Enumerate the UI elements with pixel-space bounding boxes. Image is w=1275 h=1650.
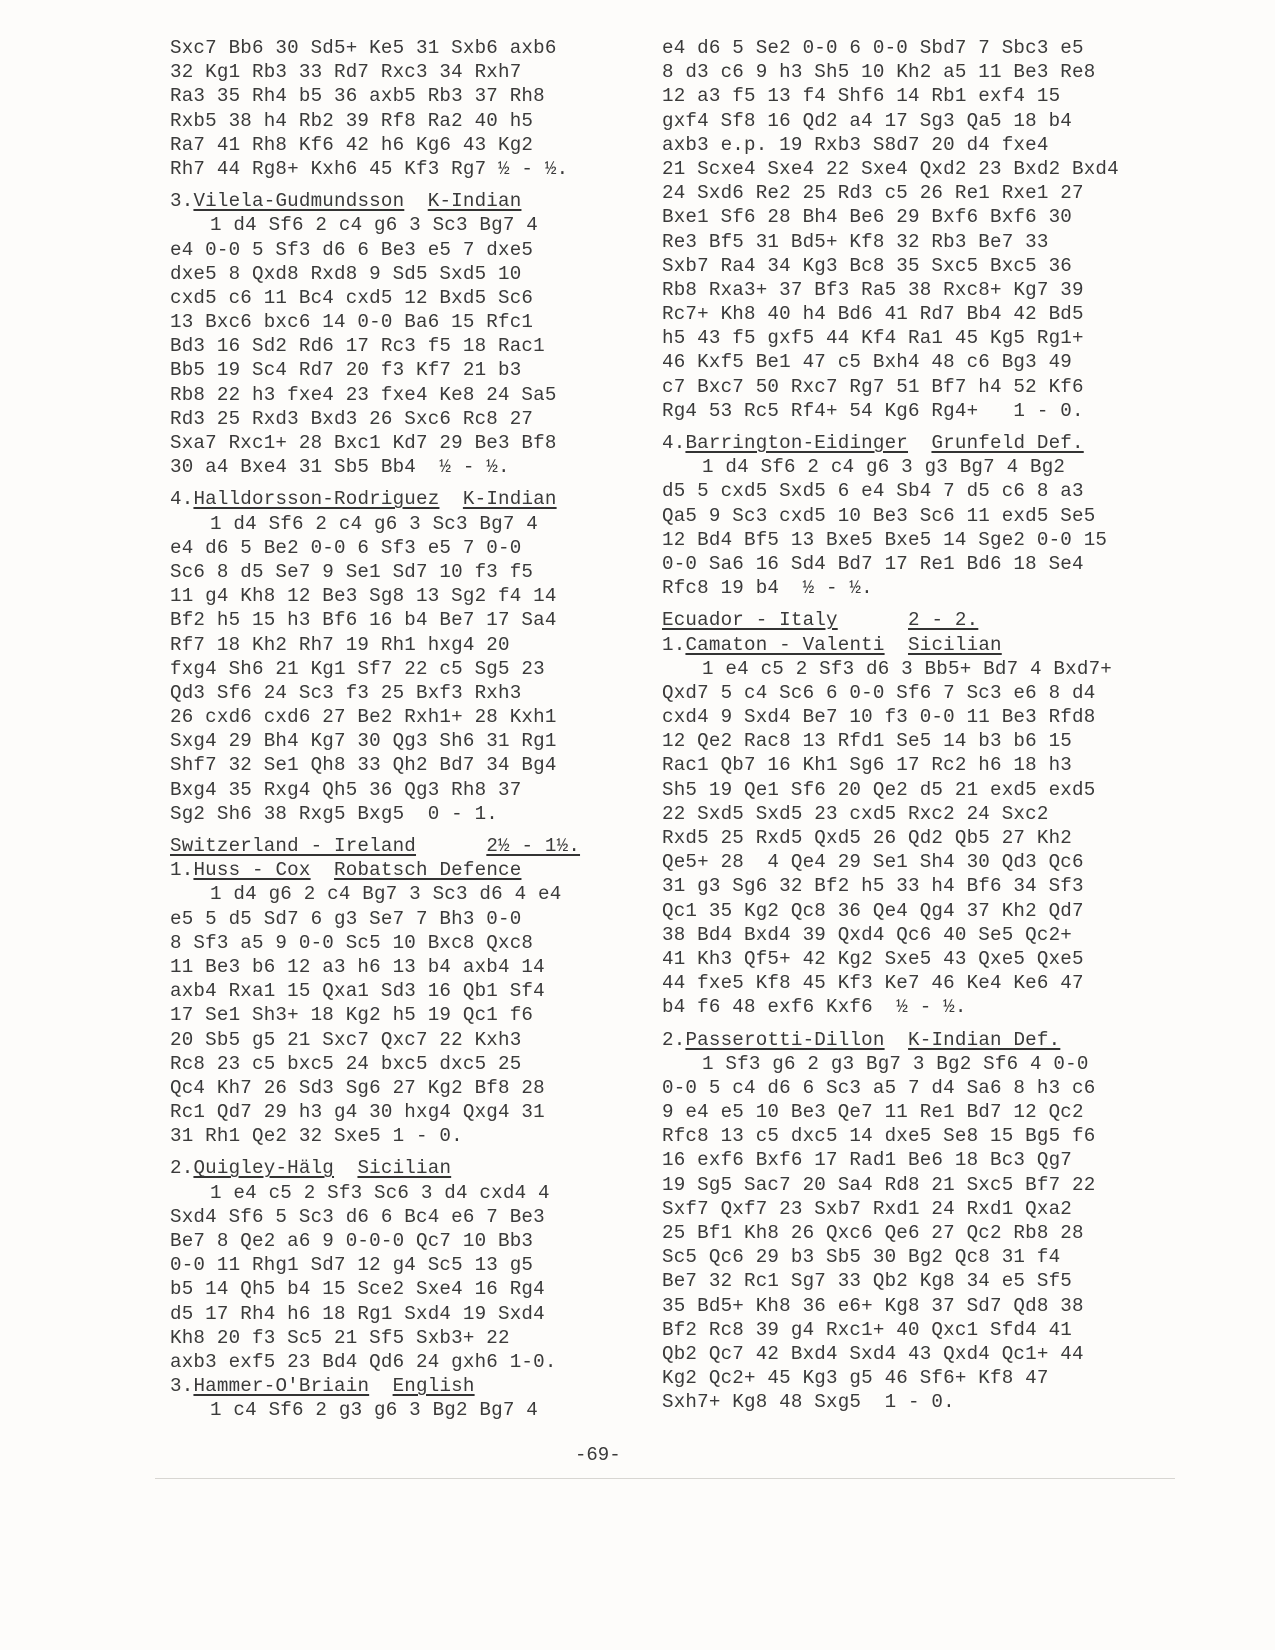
game-number: 4. xyxy=(662,432,685,454)
game-heading: 3.Hammer-O'Briain English xyxy=(170,1374,580,1398)
game-block: 4.Halldorsson-Rodriguez K-Indian1 d4 Sf6… xyxy=(170,487,580,826)
move-line: Rfc8 19 b4 ½ - ½. xyxy=(662,576,1119,600)
match-heading: Ecuador - Italy 2 - 2. xyxy=(662,608,1119,632)
move-line: Rxd5 25 Rxd5 Qxd5 26 Qd2 Qb5 27 Kh2 xyxy=(662,826,1119,850)
move-line: 38 Bd4 Bxd4 39 Qxd4 Qc6 40 Se5 Qc2+ xyxy=(662,923,1119,947)
move-line: cxd4 9 Sxd4 Be7 10 f3 0-0 11 Be3 Rfd8 xyxy=(662,705,1119,729)
move-line: Rxb5 38 h4 Rb2 39 Rf8 Ra2 40 h5 xyxy=(170,109,580,133)
move-line: dxe5 8 Qxd8 Rxd8 9 Sd5 Sxd5 10 xyxy=(170,262,580,286)
move-line: Kg2 Qc2+ 45 Kg3 g5 46 Sf6+ Kf8 47 xyxy=(662,1366,1119,1390)
page-number: -69- xyxy=(575,1444,621,1466)
game-players: Huss - Cox xyxy=(193,859,310,881)
move-line: 0-0 11 Rhg1 Sd7 12 g4 Sc5 13 g5 xyxy=(170,1253,580,1277)
move-line: 44 fxe5 Kf8 45 Kf3 Ke7 46 Ke4 Ke6 47 xyxy=(662,971,1119,995)
match-score: 2½ - 1½. xyxy=(486,835,580,857)
move-line: 41 Kh3 Qf5+ 42 Kg2 Sxe5 43 Qxe5 Qxe5 xyxy=(662,947,1119,971)
move-line: 17 Se1 Sh3+ 18 Kg2 h5 19 Qc1 f6 xyxy=(170,1003,580,1027)
game-heading: 4.Halldorsson-Rodriguez K-Indian xyxy=(170,487,580,511)
move-line: Rc8 23 c5 bxc5 24 bxc5 dxc5 25 xyxy=(170,1052,580,1076)
move-line: Shf7 32 Se1 Qh8 33 Qh2 Bd7 34 Bg4 xyxy=(170,753,580,777)
move-line: 24 Sxd6 Re2 25 Rd3 c5 26 Re1 Rxe1 27 xyxy=(662,181,1119,205)
move-line: Sxg4 29 Bh4 Kg7 30 Qg3 Sh6 31 Rg1 xyxy=(170,729,580,753)
move-line: b4 f6 48 exf6 Kxf6 ½ - ½. xyxy=(662,995,1119,1019)
spacer xyxy=(662,423,1119,431)
game-players: Quigley-Hälg xyxy=(193,1157,334,1179)
move-line: Rg4 53 Rc5 Rf4+ 54 Kg6 Rg4+ 1 - 0. xyxy=(662,399,1119,423)
game-opening: K-Indian xyxy=(428,190,522,212)
move-line: Re3 Bf5 31 Bd5+ Kf8 32 Rb3 Be7 33 xyxy=(662,230,1119,254)
move-line: axb4 Rxa1 15 Qxa1 Sd3 16 Qb1 Sf4 xyxy=(170,979,580,1003)
game-players: Hammer-O'Briain xyxy=(193,1375,369,1397)
game-block: 3.Vilela-Gudmundsson K-Indian1 d4 Sf6 2 … xyxy=(170,189,580,479)
game-opening: K-Indian xyxy=(463,488,557,510)
spacer xyxy=(662,1020,1119,1028)
move-line: axb3 e.p. 19 Rxb3 S8d7 20 d4 fxe4 xyxy=(662,133,1119,157)
game-number: 3. xyxy=(170,1375,193,1397)
move-line: Bf2 Rc8 39 g4 Rxc1+ 40 Qxc1 Sfd4 41 xyxy=(662,1318,1119,1342)
move-line: Ra3 35 Rh4 b5 36 axb5 Rb3 37 Rh8 xyxy=(170,84,580,108)
spacer xyxy=(170,479,580,487)
move-line: e5 5 d5 Sd7 6 g3 Se7 7 Bh3 0-0 xyxy=(170,907,580,931)
move-line: 0-0 Sa6 16 Sd4 Bd7 17 Re1 Bd6 18 Se4 xyxy=(662,552,1119,576)
move-line: Rf7 18 Kh2 Rh7 19 Rh1 hxg4 20 xyxy=(170,633,580,657)
move-line: 12 Bd4 Bf5 13 Bxe5 Bxe5 14 Sge2 0-0 15 xyxy=(662,528,1119,552)
move-line: 32 Kg1 Rb3 33 Rd7 Rxc3 34 Rxh7 xyxy=(170,60,580,84)
move-line: 31 g3 Sg6 32 Bf2 h5 33 h4 Bf6 34 Sf3 xyxy=(662,874,1119,898)
game-players: Barrington-Eidinger xyxy=(685,432,908,454)
match-teams: Ecuador - Italy xyxy=(662,609,838,631)
move-line: 20 Sb5 g5 21 Sxc7 Qxc7 22 Kxh3 xyxy=(170,1028,580,1052)
move-line: Bb5 19 Sc4 Rd7 20 f3 Kf7 21 b3 xyxy=(170,358,580,382)
game-number: 1. xyxy=(662,634,685,656)
match-block: Ecuador - Italy 2 - 2. xyxy=(662,608,1119,632)
spacer xyxy=(170,1148,580,1156)
move-line: 12 Qe2 Rac8 13 Rfd1 Se5 14 b3 b6 15 xyxy=(662,729,1119,753)
match-score: 2 - 2. xyxy=(908,609,978,631)
move-line: 1 d4 g6 2 c4 Bg7 3 Sc3 d6 4 e4 xyxy=(170,882,580,906)
game-number: 4. xyxy=(170,488,193,510)
move-line: Rfc8 13 c5 dxc5 14 dxe5 Se8 15 Bg5 f6 xyxy=(662,1124,1119,1148)
move-line: Sxf7 Qxf7 23 Sxb7 Rxd1 24 Rxd1 Qxa2 xyxy=(662,1197,1119,1221)
move-line: h5 43 f5 gxf5 44 Kf4 Ra1 45 Kg5 Rg1+ xyxy=(662,326,1119,350)
move-line: Qe5+ 28 4 Qe4 29 Se1 Sh4 30 Qd3 Qc6 xyxy=(662,850,1119,874)
move-line: 30 a4 Bxe4 31 Sb5 Bb4 ½ - ½. xyxy=(170,455,580,479)
move-line: Bf2 h5 15 h3 Bf6 16 b4 Be7 17 Sa4 xyxy=(170,608,580,632)
move-line: Rb8 22 h3 fxe4 23 fxe4 Ke8 24 Sa5 xyxy=(170,383,580,407)
move-line: axb3 exf5 23 Bd4 Qd6 24 gxh6 1-0. xyxy=(170,1350,580,1374)
game-opening: Robatsch Defence xyxy=(334,859,521,881)
game-block: 2.Passerotti-Dillon K-Indian Def.1 Sf3 g… xyxy=(662,1028,1119,1415)
move-line: Rb8 Rxa3+ 37 Bf3 Ra5 38 Rxc8+ Kg7 39 xyxy=(662,278,1119,302)
move-line: Be7 8 Qe2 a6 9 0-0-0 Qc7 10 Bb3 xyxy=(170,1229,580,1253)
game-number: 1. xyxy=(170,859,193,881)
move-line: 21 Scxe4 Sxe4 22 Sxe4 Qxd2 23 Bxd2 Bxd4 xyxy=(662,157,1119,181)
move-line: b5 14 Qh5 b4 15 Sce2 Sxe4 16 Rg4 xyxy=(170,1277,580,1301)
move-line: e4 0-0 5 Sf3 d6 6 Be3 e5 7 dxe5 xyxy=(170,238,580,262)
move-line: Sg2 Sh6 38 Rxg5 Bxg5 0 - 1. xyxy=(170,802,580,826)
move-line: 11 Be3 b6 12 a3 h6 13 b4 axb4 14 xyxy=(170,955,580,979)
move-line: Sxa7 Rxc1+ 28 Bxc1 Kd7 29 Be3 Bf8 xyxy=(170,431,580,455)
move-line: 11 g4 Kh8 12 Be3 Sg8 13 Sg2 f4 14 xyxy=(170,584,580,608)
spacer xyxy=(662,600,1119,608)
move-line: Rh7 44 Rg8+ Kxh6 45 Kf3 Rg7 ½ - ½. xyxy=(170,157,580,181)
move-line: 12 a3 f5 13 f4 Shf6 14 Rb1 exf4 15 xyxy=(662,84,1119,108)
game-block: 1.Camaton - Valenti Sicilian1 e4 c5 2 Sf… xyxy=(662,633,1119,1020)
match-block: Switzerland - Ireland 2½ - 1½. xyxy=(170,834,580,858)
match-teams: Switzerland - Ireland xyxy=(170,835,416,857)
game-opening: K-Indian Def. xyxy=(908,1029,1060,1051)
game-number: 3. xyxy=(170,190,193,212)
game-opening: Grunfeld Def. xyxy=(931,432,1083,454)
page-bottom-rule xyxy=(155,1478,1175,1479)
move-line: 25 Bf1 Kh8 26 Qxc6 Qe6 27 Qc2 Rb8 28 xyxy=(662,1221,1119,1245)
game-players: Camaton - Valenti xyxy=(685,634,884,656)
move-line: 46 Kxf5 Be1 47 c5 Bxh4 48 c6 Bg3 49 xyxy=(662,350,1119,374)
move-line: Rac1 Qb7 16 Kh1 Sg6 17 Rc2 h6 18 h3 xyxy=(662,753,1119,777)
move-line: Sc5 Qc6 29 b3 Sb5 30 Bg2 Qc8 31 f4 xyxy=(662,1245,1119,1269)
move-line: d5 17 Rh4 h6 18 Rg1 Sxd4 19 Sxd4 xyxy=(170,1302,580,1326)
move-line: cxd5 c6 11 Bc4 cxd5 12 Bxd5 Sc6 xyxy=(170,286,580,310)
move-line: Bxe1 Sf6 28 Bh4 Be6 29 Bxf6 Bxf6 30 xyxy=(662,205,1119,229)
move-line: 19 Sg5 Sac7 20 Sa4 Rd8 21 Sxc5 Bf7 22 xyxy=(662,1173,1119,1197)
game-players: Vilela-Gudmundsson xyxy=(193,190,404,212)
match-heading: Switzerland - Ireland 2½ - 1½. xyxy=(170,834,580,858)
move-line: Be7 32 Rc1 Sg7 33 Qb2 Kg8 34 e5 Sf5 xyxy=(662,1269,1119,1293)
move-line: Sxd4 Sf6 5 Sc3 d6 6 Bc4 e6 7 Be3 xyxy=(170,1205,580,1229)
move-line: Rd3 25 Rxd3 Bxd3 26 Sxc6 Rc8 27 xyxy=(170,407,580,431)
game-heading: 1.Camaton - Valenti Sicilian xyxy=(662,633,1119,657)
move-line: 1 e4 c5 2 Sf3 d6 3 Bb5+ Bd7 4 Bxd7+ xyxy=(662,657,1119,681)
move-line: 16 exf6 Bxf6 17 Rad1 Be6 18 Bc3 Qg7 xyxy=(662,1148,1119,1172)
move-line: fxg4 Sh6 21 Kg1 Sf7 22 c5 Sg5 23 xyxy=(170,657,580,681)
move-line: Qb2 Qc7 42 Bxd4 Sxd4 43 Qxd4 Qc1+ 44 xyxy=(662,1342,1119,1366)
move-line: 9 e4 e5 10 Be3 Qe7 11 Re1 Bd7 12 Qc2 xyxy=(662,1100,1119,1124)
left-column: Sxc7 Bb6 30 Sd5+ Ke5 31 Sxb6 axb632 Kg1 … xyxy=(170,36,580,1423)
game-heading: 4.Barrington-Eidinger Grunfeld Def. xyxy=(662,431,1119,455)
game-players: Passerotti-Dillon xyxy=(685,1029,884,1051)
game-number: 2. xyxy=(170,1157,193,1179)
game-heading: 3.Vilela-Gudmundsson K-Indian xyxy=(170,189,580,213)
moves-block: Sxc7 Bb6 30 Sd5+ Ke5 31 Sxb6 axb632 Kg1 … xyxy=(170,36,580,181)
move-line: d5 5 cxd5 Sxd5 6 e4 Sb4 7 d5 c6 8 a3 xyxy=(662,479,1119,503)
move-line: Sxb7 Ra4 34 Kg3 Bc8 35 Sxc5 Bxc5 36 xyxy=(662,254,1119,278)
move-line: gxf4 Sf8 16 Qd2 a4 17 Sg3 Qa5 18 b4 xyxy=(662,109,1119,133)
game-players: Halldorsson-Rodriguez xyxy=(193,488,439,510)
move-line: 22 Sxd5 Sxd5 23 cxd5 Rxc2 24 Sxc2 xyxy=(662,802,1119,826)
move-line: Qd3 Sf6 24 Sc3 f3 25 Bxf3 Rxh3 xyxy=(170,681,580,705)
move-line: 1 Sf3 g6 2 g3 Bg7 3 Bg2 Sf6 4 0-0 xyxy=(662,1052,1119,1076)
moves-block: e4 d6 5 Se2 0-0 6 0-0 Sbd7 7 Sbc3 e58 d3… xyxy=(662,36,1119,423)
move-line: 8 Sf3 a5 9 0-0 Sc5 10 Bxc8 Qxc8 xyxy=(170,931,580,955)
move-line: Qc1 35 Kg2 Qc8 36 Qe4 Qg4 37 Kh2 Qd7 xyxy=(662,899,1119,923)
move-line: c7 Bxc7 50 Rxc7 Rg7 51 Bf7 h4 52 Kf6 xyxy=(662,375,1119,399)
move-line: Sc6 8 d5 Se7 9 Se1 Sd7 10 f3 f5 xyxy=(170,560,580,584)
move-line: Sxc7 Bb6 30 Sd5+ Ke5 31 Sxb6 axb6 xyxy=(170,36,580,60)
move-line: Qa5 9 Sc3 cxd5 10 Be3 Sc6 11 exd5 Se5 xyxy=(662,504,1119,528)
move-line: Qc4 Kh7 26 Sd3 Sg6 27 Kg2 Bf8 28 xyxy=(170,1076,580,1100)
move-line: e4 d6 5 Se2 0-0 6 0-0 Sbd7 7 Sbc3 e5 xyxy=(662,36,1119,60)
move-line: Rc1 Qd7 29 h3 g4 30 hxg4 Qxg4 31 xyxy=(170,1100,580,1124)
move-line: Sh5 19 Qe1 Sf6 20 Qe2 d5 21 exd5 exd5 xyxy=(662,778,1119,802)
game-block: 1.Huss - Cox Robatsch Defence1 d4 g6 2 c… xyxy=(170,858,580,1148)
move-line: 1 c4 Sf6 2 g3 g6 3 Bg2 Bg7 4 xyxy=(170,1398,580,1422)
move-line: 13 Bxc6 bxc6 14 0-0 Ba6 15 Rfc1 xyxy=(170,310,580,334)
spacer xyxy=(170,181,580,189)
move-line: 1 d4 Sf6 2 c4 g6 3 Sc3 Bg7 4 xyxy=(170,512,580,536)
move-line: 1 e4 c5 2 Sf3 Sc6 3 d4 cxd4 4 xyxy=(170,1181,580,1205)
game-opening: Sicilian xyxy=(357,1157,451,1179)
game-opening: Sicilian xyxy=(908,634,1002,656)
move-line: 26 cxd6 cxd6 27 Be2 Rxh1+ 28 Kxh1 xyxy=(170,705,580,729)
game-block: 4.Barrington-Eidinger Grunfeld Def.1 d4 … xyxy=(662,431,1119,600)
game-opening: English xyxy=(393,1375,475,1397)
game-number: 2. xyxy=(662,1029,685,1051)
game-block: 3.Hammer-O'Briain English1 c4 Sf6 2 g3 g… xyxy=(170,1374,580,1422)
move-line: 1 d4 Sf6 2 c4 g6 3 g3 Bg7 4 Bg2 xyxy=(662,455,1119,479)
game-block: 2.Quigley-Hälg Sicilian1 e4 c5 2 Sf3 Sc6… xyxy=(170,1156,580,1374)
move-line: 8 d3 c6 9 h3 Sh5 10 Kh2 a5 11 Be3 Re8 xyxy=(662,60,1119,84)
move-line: e4 d6 5 Be2 0-0 6 Sf3 e5 7 0-0 xyxy=(170,536,580,560)
move-line: 1 d4 Sf6 2 c4 g6 3 Sc3 Bg7 4 xyxy=(170,213,580,237)
right-column: e4 d6 5 Se2 0-0 6 0-0 Sbd7 7 Sbc3 e58 d3… xyxy=(662,36,1119,1415)
move-line: Kh8 20 f3 Sc5 21 Sf5 Sxb3+ 22 xyxy=(170,1326,580,1350)
move-line: Sxh7+ Kg8 48 Sxg5 1 - 0. xyxy=(662,1390,1119,1414)
move-line: 31 Rh1 Qe2 32 Sxe5 1 - 0. xyxy=(170,1124,580,1148)
move-line: 0-0 5 c4 d6 6 Sc3 a5 7 d4 Sa6 8 h3 c6 xyxy=(662,1076,1119,1100)
move-line: Bd3 16 Sd2 Rd6 17 Rc3 f5 18 Rac1 xyxy=(170,334,580,358)
move-line: Bxg4 35 Rxg4 Qh5 36 Qg3 Rh8 37 xyxy=(170,778,580,802)
move-line: Ra7 41 Rh8 Kf6 42 h6 Kg6 43 Kg2 xyxy=(170,133,580,157)
move-line: 35 Bd5+ Kh8 36 e6+ Kg8 37 Sd7 Qd8 38 xyxy=(662,1294,1119,1318)
move-line: Rc7+ Kh8 40 h4 Bd6 41 Rd7 Bb4 42 Bd5 xyxy=(662,302,1119,326)
game-heading: 2.Passerotti-Dillon K-Indian Def. xyxy=(662,1028,1119,1052)
game-heading: 2.Quigley-Hälg Sicilian xyxy=(170,1156,580,1180)
spacer xyxy=(170,826,580,834)
move-line: Qxd7 5 c4 Sc6 6 0-0 Sf6 7 Sc3 e6 8 d4 xyxy=(662,681,1119,705)
game-heading: 1.Huss - Cox Robatsch Defence xyxy=(170,858,580,882)
